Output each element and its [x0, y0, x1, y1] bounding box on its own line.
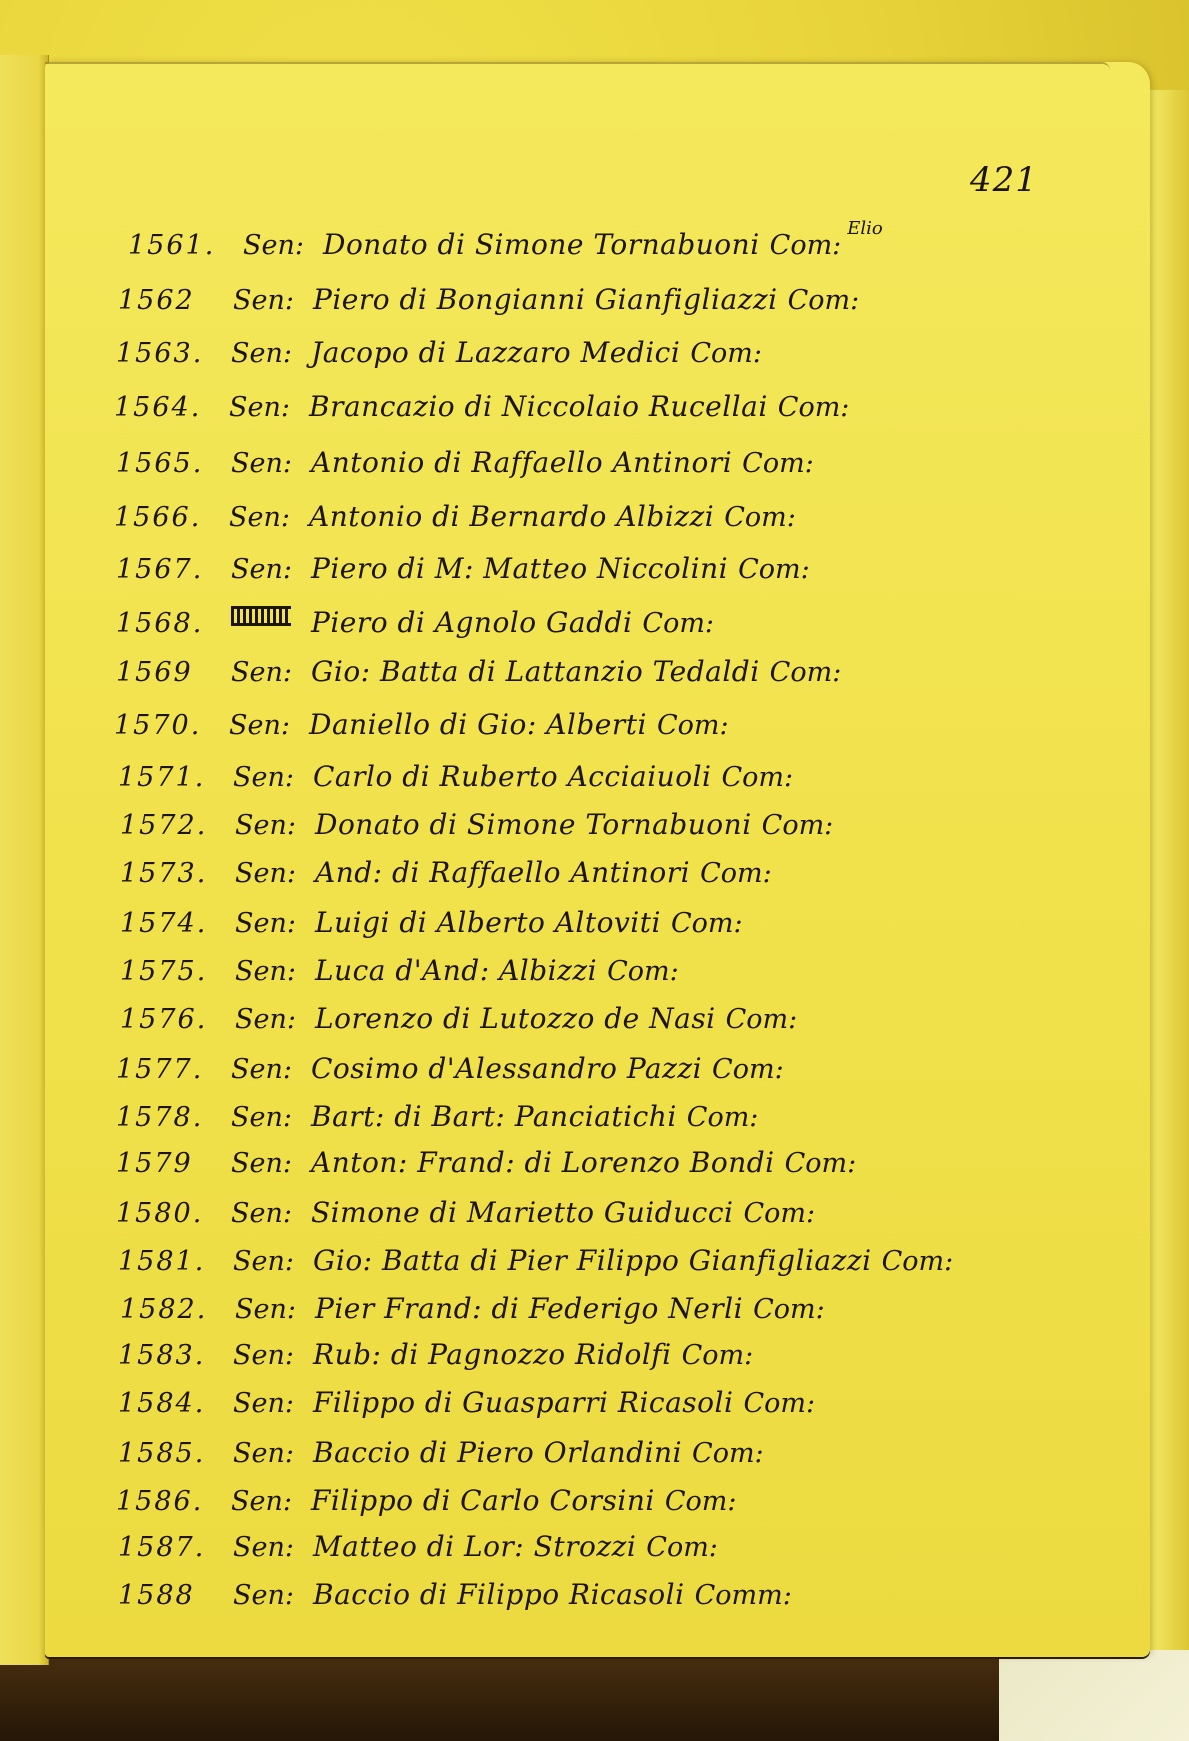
entry-office: Com: [646, 1532, 718, 1563]
register-entry: 1562Sen:Piero di Bongianni Gianfigliazzi… [118, 283, 859, 327]
register-entry: 1578.Sen:Bart: di Bart: PanciatichiCom: [116, 1100, 758, 1144]
entry-title: Sen: [233, 285, 313, 316]
entry-year: 1586. [116, 1486, 231, 1517]
entry-year: 1587. [118, 1532, 233, 1563]
entry-office: Com: [692, 1438, 764, 1469]
entry-title: Sen: [231, 554, 311, 585]
entry-title: Sen: [243, 230, 323, 261]
register-entry: 1563.Sen:Jacopo di Lazzaro MediciCom: [116, 336, 762, 380]
entry-name: Filippo di Guasparri Ricasoli [313, 1386, 733, 1419]
entry-office: Com: [762, 810, 834, 841]
register-entry: 1588Sen:Baccio di Filippo RicasoliComm: [118, 1578, 792, 1622]
entry-office: Com: [700, 858, 772, 889]
register-entry: 1582.Sen:Pier Frand: di Federigo NerliCo… [120, 1292, 825, 1336]
entry-year: 1580. [116, 1198, 231, 1229]
register-entry: 1568.Piero di Agnolo GaddiCom: [116, 606, 714, 650]
entry-office: Com: [882, 1246, 954, 1277]
entry-year: 1562 [118, 285, 233, 316]
register-entry: 1566.Sen:Antonio di Bernardo AlbizziCom: [114, 500, 796, 544]
entry-year: 1561. [128, 230, 243, 261]
entry-office: Com: [722, 762, 794, 793]
entry-year: 1576. [120, 1004, 235, 1035]
entry-name: Pier Frand: di Federigo Nerli [315, 1292, 743, 1325]
entry-title: Sen: [231, 1198, 311, 1229]
facing-page-edge [0, 55, 49, 1665]
entry-title: Sen: [233, 1246, 313, 1277]
entry-name: Brancazio di Niccolaio Rucellai [309, 390, 768, 423]
register-entry: 1581.Sen:Gio: Batta di Pier Filippo Gian… [118, 1244, 953, 1288]
entry-office: Com: [642, 608, 714, 639]
entry-title: Sen: [235, 1004, 315, 1035]
entry-name: Lorenzo di Lutozzo de Nasi [315, 1002, 716, 1035]
entry-office: Com: [742, 448, 814, 479]
entry-office: Com: [788, 285, 860, 316]
register-entry: 1567.Sen:Piero di M: Matteo NiccoliniCom… [116, 552, 810, 596]
entry-year: 1573. [120, 858, 235, 889]
entry-year: 1578. [116, 1102, 231, 1133]
entry-name: Gio: Batta di Lattanzio Tedaldi [311, 655, 760, 688]
entry-title: Sen: [231, 338, 311, 369]
entry-name: Jacopo di Lazzaro Medici [311, 336, 680, 369]
entry-name: Piero di Agnolo Gaddi [311, 606, 632, 639]
entry-name: Piero di M: Matteo Niccolini [311, 552, 728, 585]
entry-name: Antonio di Bernardo Albizzi [309, 500, 714, 533]
entry-name: Piero di Bongianni Gianfigliazzi [313, 283, 778, 316]
entry-title: Sen: [233, 1532, 313, 1563]
entry-office: Com: [743, 1388, 815, 1419]
register-entry: 1583.Sen:Rub: di Pagnozzo RidolfiCom: [118, 1338, 753, 1382]
entry-year: 1568. [116, 608, 231, 639]
entry-office: Com: [785, 1148, 857, 1179]
entry-year: 1567. [116, 554, 231, 585]
entry-office: Com: [682, 1340, 754, 1371]
register-entry: 1564.Sen:Brancazio di Niccolaio Rucellai… [114, 390, 849, 434]
register-entry: 1570.Sen:Daniello di Gio: AlbertiCom: [114, 708, 729, 752]
entry-name: Donato di Simone Tornabuoni [323, 228, 760, 261]
entry-name: Daniello di Gio: Alberti [309, 708, 647, 741]
entry-title: Sen: [233, 1340, 313, 1371]
register-entry: 1573.Sen:And: di Raffaello AntinoriCom: [120, 856, 772, 900]
entry-title: Sen: [231, 448, 311, 479]
register-entry: 1577.Sen:Cosimo d'Alessandro PazziCom: [116, 1052, 784, 1096]
entry-office: Com: [753, 1294, 825, 1325]
entry-year: 1581. [118, 1246, 233, 1277]
entry-year: 1577. [116, 1054, 231, 1085]
entry-name: Cosimo d'Alessandro Pazzi [311, 1052, 702, 1085]
entry-name: Simone di Marietto Guiducci [311, 1196, 734, 1229]
entry-annotation: Elio [847, 218, 883, 239]
register-entry: 1561.Sen:Donato di Simone TornabuoniCom:… [128, 228, 883, 272]
register-entry: 1587.Sen:Matteo di Lor: StrozziCom: [118, 1530, 718, 1574]
entry-office: Com: [690, 338, 762, 369]
entry-name: And: di Raffaello Antinori [315, 856, 690, 889]
register-entry: 1585.Sen:Baccio di Piero OrlandiniCom: [118, 1436, 764, 1480]
entry-name: Baccio di Filippo Ricasoli [313, 1578, 685, 1611]
strikethrough-mark [231, 606, 291, 626]
entry-office: Com: [744, 1198, 816, 1229]
register-entry: 1571.Sen:Carlo di Ruberto AcciaiuoliCom: [118, 760, 793, 804]
entry-name: Luigi di Alberto Altoviti [315, 906, 661, 939]
entry-title: Sen: [231, 657, 311, 688]
entry-year: 1572. [120, 810, 235, 841]
entry-title: Sen: [229, 502, 309, 533]
page-number: 421 [970, 160, 1038, 200]
entry-title-struck [231, 608, 311, 639]
register-entry: 1576.Sen:Lorenzo di Lutozzo de NasiCom: [120, 1002, 797, 1046]
register-entry: 1586.Sen:Filippo di Carlo CorsiniCom: [116, 1484, 737, 1528]
entry-title: Sen: [233, 1580, 313, 1611]
entry-title: Sen: [229, 710, 309, 741]
entry-year: 1588 [118, 1580, 233, 1611]
entry-year: 1570. [114, 710, 229, 741]
entry-office: Com: [665, 1486, 737, 1517]
entry-office: Com: [607, 956, 679, 987]
entry-name: Gio: Batta di Pier Filippo Gianfigliazzi [313, 1244, 872, 1277]
register-entry: 1574.Sen:Luigi di Alberto AltovitiCom: [120, 906, 743, 950]
register-entry: 1569Sen:Gio: Batta di Lattanzio TedaldiC… [116, 655, 841, 699]
entry-year: 1569 [116, 657, 231, 688]
entry-office: Com: [770, 230, 842, 261]
entry-title: Sen: [233, 1388, 313, 1419]
entry-title: Sen: [231, 1148, 311, 1179]
entry-title: Sen: [235, 1294, 315, 1325]
entry-name: Donato di Simone Tornabuoni [315, 808, 752, 841]
entry-year: 1565. [116, 448, 231, 479]
entry-title: Sen: [231, 1054, 311, 1085]
register-entry: 1572.Sen:Donato di Simone TornabuoniCom: [120, 808, 833, 852]
register-entry: 1584.Sen:Filippo di Guasparri RicasoliCo… [118, 1386, 815, 1430]
entry-year: 1575. [120, 956, 235, 987]
entry-title: Sen: [233, 1438, 313, 1469]
entry-office: Com: [671, 908, 743, 939]
entry-year: 1584. [118, 1388, 233, 1419]
entry-year: 1582. [120, 1294, 235, 1325]
entry-name: Luca d'And: Albizzi [315, 954, 597, 987]
entry-title: Sen: [231, 1486, 311, 1517]
entry-year: 1579 [116, 1148, 231, 1179]
entry-name: Matteo di Lor: Strozzi [313, 1530, 636, 1563]
entry-office: Com: [687, 1102, 759, 1133]
entry-name: Anton: Frand: di Lorenzo Bondi [311, 1146, 775, 1179]
register-entry: 1575.Sen:Luca d'And: AlbizziCom: [120, 954, 679, 998]
entry-name: Rub: di Pagnozzo Ridolfi [313, 1338, 672, 1371]
entry-office: Comm: [695, 1580, 792, 1611]
register-entry: 1579Sen:Anton: Frand: di Lorenzo BondiCo… [116, 1146, 856, 1190]
entry-name: Antonio di Raffaello Antinori [311, 446, 732, 479]
entry-title: Sen: [235, 956, 315, 987]
register-entry: 1565.Sen:Antonio di Raffaello AntinoriCo… [116, 446, 814, 490]
entry-title: Sen: [235, 908, 315, 939]
entry-name: Baccio di Piero Orlandini [313, 1436, 682, 1469]
entry-office: Com: [724, 502, 796, 533]
entry-title: Sen: [229, 392, 309, 423]
entry-office: Com: [657, 710, 729, 741]
entry-office: Com: [726, 1004, 798, 1035]
entry-year: 1583. [118, 1340, 233, 1371]
entry-year: 1563. [116, 338, 231, 369]
entry-year: 1566. [114, 502, 229, 533]
entry-year: 1585. [118, 1438, 233, 1469]
entry-name: Bart: di Bart: Panciatichi [311, 1100, 677, 1133]
entry-office: Com: [738, 554, 810, 585]
entry-name: Carlo di Ruberto Acciaiuoli [313, 760, 712, 793]
entry-year: 1571. [118, 762, 233, 793]
entry-name: Filippo di Carlo Corsini [311, 1484, 655, 1517]
entry-office: Com: [778, 392, 850, 423]
entry-title: Sen: [231, 1102, 311, 1133]
entry-year: 1574. [120, 908, 235, 939]
entry-title: Sen: [233, 762, 313, 793]
entry-office: Com: [712, 1054, 784, 1085]
entry-title: Sen: [235, 810, 315, 841]
entry-year: 1564. [114, 392, 229, 423]
entry-title: Sen: [235, 858, 315, 889]
entry-office: Com: [770, 657, 842, 688]
register-entry: 1580.Sen:Simone di Marietto GuiducciCom: [116, 1196, 815, 1240]
